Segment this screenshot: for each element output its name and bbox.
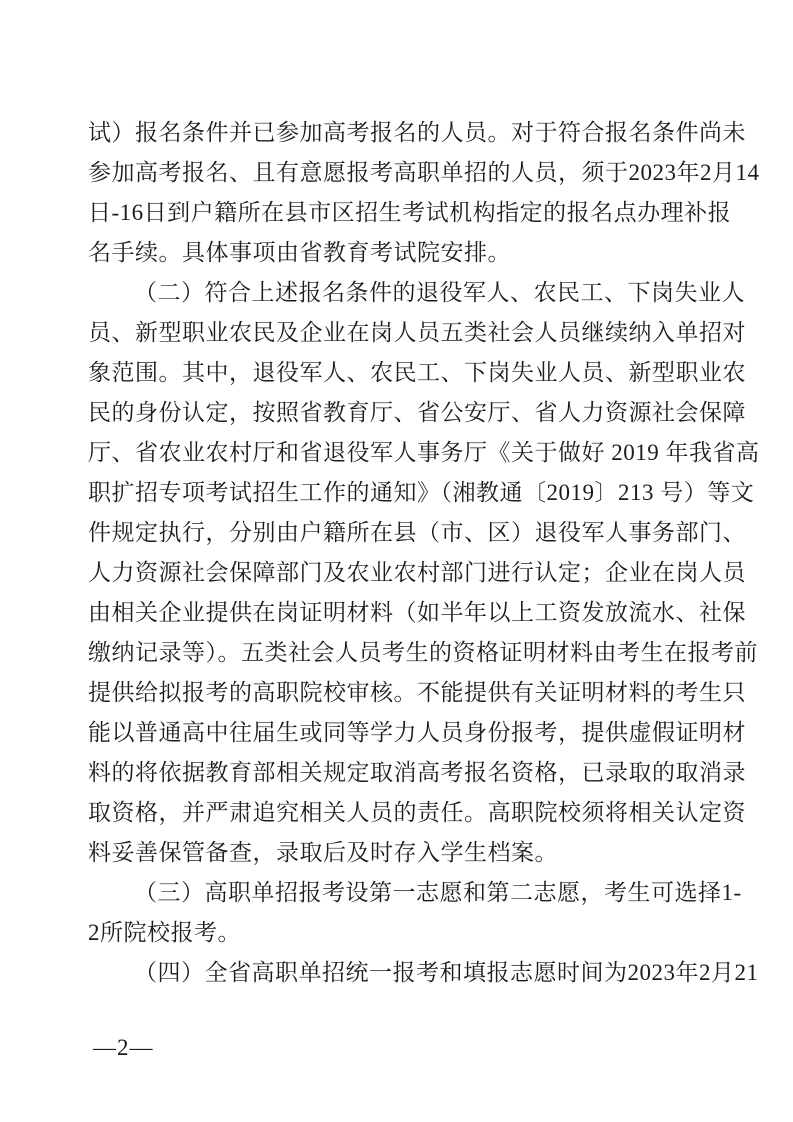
text-line: 料的将依据教育部相关规定取消高考报名资格，已录取的取消录 (88, 753, 710, 793)
text-line: （二）符合上述报名条件的退役军人、农民工、下岗失业人 (88, 273, 710, 313)
text-line: 参加高考报名、且有意愿报考高职单招的人员，须于2023年2月14 (88, 153, 710, 193)
text-line: （三）高职单招报考设第一志愿和第二志愿，考生可选择1- (88, 873, 710, 913)
text-line: 日-16日到户籍所在县市区招生考试机构指定的报名点办理补报 (88, 193, 710, 233)
text-line: 缴纳记录等）。五类社会人员考生的资格证明材料由考生在报考前 (88, 633, 710, 673)
text-line: 取资格，并严肃追究相关人员的责任。高职院校须将相关认定资 (88, 793, 710, 833)
text-line: 由相关企业提供在岗证明材料（如半年以上工资发放流水、社保 (88, 593, 710, 633)
text-line: 人力资源社会保障部门及农业农村部门进行认定；企业在岗人员 (88, 553, 710, 593)
text-line: 厅、省农业农村厅和省退役军人事务厅《关于做好 2019 年我省高 (88, 433, 710, 473)
text-line: 象范围。其中，退役军人、农民工、下岗失业人员、新型职业农 (88, 353, 710, 393)
text-line: 能以普通高中往届生或同等学力人员身份报考，提供虚假证明材 (88, 713, 710, 753)
text-line: 2所院校报考。 (88, 913, 710, 953)
document-body-text: 试）报名条件并已参加高考报名的人员。对于符合报名条件尚未 参加高考报名、且有意愿… (88, 113, 710, 993)
text-line: 民的身份认定，按照省教育厅、省公安厅、省人力资源社会保障 (88, 393, 710, 433)
text-line: （四）全省高职单招统一报考和填报志愿时间为2023年2月21 (88, 953, 710, 993)
text-line: 料妥善保管备查，录取后及时存入学生档案。 (88, 833, 710, 873)
page-number: —2— (93, 1033, 154, 1063)
text-line: 名手续。具体事项由省教育考试院安排。 (88, 233, 710, 273)
document-page: 试）报名条件并已参加高考报名的人员。对于符合报名条件尚未 参加高考报名、且有意愿… (0, 0, 793, 1122)
text-line: 件规定执行，分别由户籍所在县（市、区）退役军人事务部门、 (88, 513, 710, 553)
text-line: 职扩招专项考试招生工作的通知》（湘教通〔2019〕213 号）等文 (88, 473, 710, 513)
text-line: 试）报名条件并已参加高考报名的人员。对于符合报名条件尚未 (88, 113, 710, 153)
text-line: 员、新型职业农民及企业在岗人员五类社会人员继续纳入单招对 (88, 313, 710, 353)
text-line: 提供给拟报考的高职院校审核。不能提供有关证明材料的考生只 (88, 673, 710, 713)
